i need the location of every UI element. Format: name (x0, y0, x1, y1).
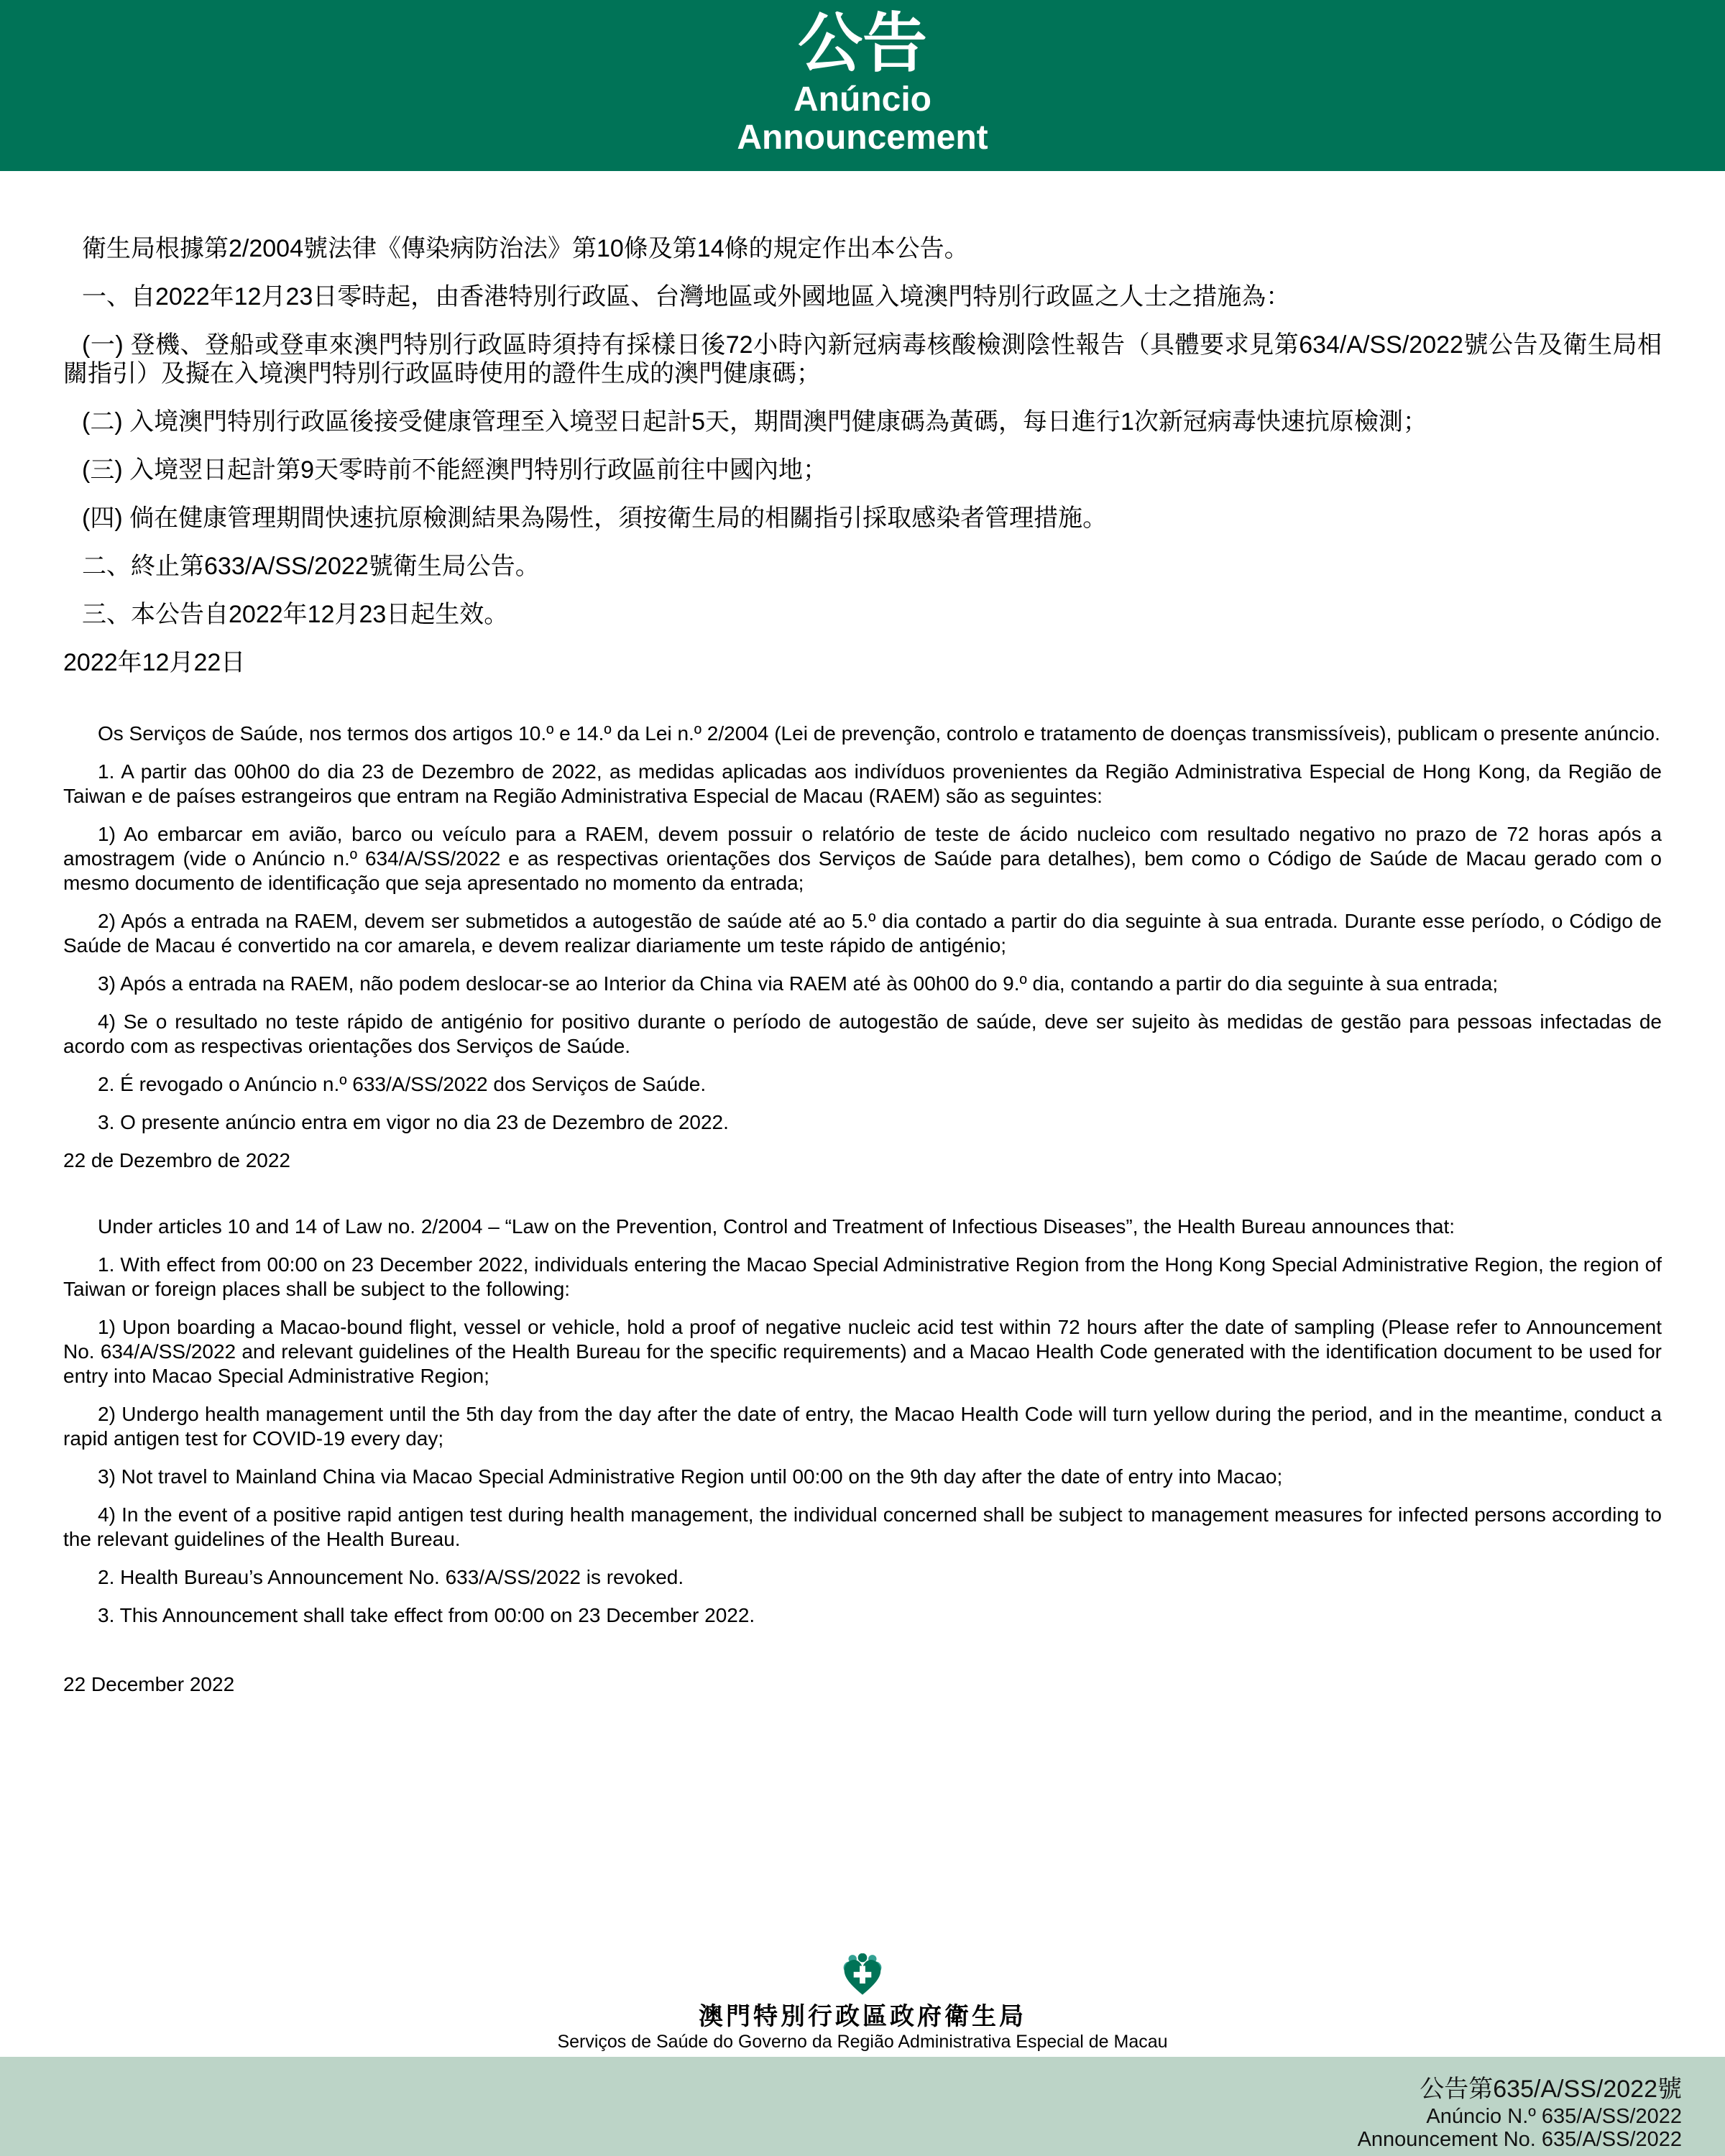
announcement-number-english: Announcement No. 635/A/SS/2022 (0, 2128, 1682, 2151)
paragraph: (二) 入境澳門特別行政區後接受健康管理至入境翌日起計5天，期間澳門健康碼為黃碼… (63, 407, 1662, 436)
paragraph: Under articles 10 and 14 of Law no. 2/20… (63, 1215, 1662, 1239)
paragraph: Os Serviços de Saúde, nos termos dos art… (63, 722, 1662, 746)
paragraph: (一) 登機、登船或登車來澳門特別行政區時須持有採樣日後72小時內新冠病毒核酸檢… (63, 331, 1662, 388)
page-title-chinese: 公告 (0, 0, 1725, 79)
section-english: Under articles 10 and 14 of Law no. 2/20… (63, 1215, 1662, 1697)
section-chinese: 衛生局根據第2/2004號法律《傳染病防治法》第10條及第14條的規定作出本公告… (63, 234, 1662, 677)
paragraph: 3) Not travel to Mainland China via Maca… (63, 1465, 1662, 1489)
health-bureau-heart-cross-logo-icon (840, 1953, 885, 1996)
org-signature-block: 澳門特別行政區政府衛生局 Serviços de Saúde do Govern… (0, 1953, 1725, 2052)
paragraph: 1. With effect from 00:00 on 23 December… (63, 1253, 1662, 1302)
paragraph: 3) Após a entrada na RAEM, não podem des… (63, 972, 1662, 996)
paragraph: 4) In the event of a positive rapid anti… (63, 1503, 1662, 1552)
english-paragraphs: Under articles 10 and 14 of Law no. 2/20… (63, 1215, 1662, 1628)
section-portuguese: Os Serviços de Saúde, nos termos dos art… (63, 722, 1662, 1173)
paragraph: 三、本公告自2022年12月23日起生效。 (63, 600, 1662, 629)
portuguese-date: 22 de Dezembro de 2022 (63, 1148, 1662, 1173)
portuguese-paragraphs: Os Serviços de Saúde, nos termos dos art… (63, 722, 1662, 1135)
announcement-number-chinese: 公告第635/A/SS/2022號 (0, 2076, 1682, 2103)
header-banner: 公告 Anúncio Announcement (0, 0, 1725, 171)
paragraph: 二、終止第633/A/SS/2022號衛生局公告。 (63, 552, 1662, 581)
paragraph: 衛生局根據第2/2004號法律《傳染病防治法》第10條及第14條的規定作出本公告… (63, 234, 1662, 263)
paragraph: 4) Se o resultado no teste rápido de ant… (63, 1010, 1662, 1059)
paragraph: 1. A partir das 00h00 do dia 23 de Dezem… (63, 760, 1662, 808)
paragraph: (三) 入境翌日起計第9天零時前不能經澳門特別行政區前往中國內地； (63, 456, 1662, 484)
footer-reference-band: 公告第635/A/SS/2022號 Anúncio N.º 635/A/SS/2… (0, 2057, 1725, 2156)
chinese-date: 2022年12月22日 (63, 648, 1662, 677)
announcement-number-portuguese: Anúncio N.º 635/A/SS/2022 (0, 2105, 1682, 2128)
english-date: 22 December 2022 (63, 1672, 1662, 1697)
paragraph: 2. Health Bureau’s Announcement No. 633/… (63, 1565, 1662, 1590)
paragraph: 2. É revogado o Anúncio n.º 633/A/SS/202… (63, 1072, 1662, 1097)
chinese-paragraphs: 衛生局根據第2/2004號法律《傳染病防治法》第10條及第14條的規定作出本公告… (63, 234, 1662, 629)
paragraph: (四) 倘在健康管理期間快速抗原檢測結果為陽性，須按衛生局的相關指引採取感染者管… (63, 504, 1662, 533)
paragraph: 3. O presente anúncio entra em vigor no … (63, 1110, 1662, 1135)
paragraph: 2) Undergo health management until the 5… (63, 1402, 1662, 1451)
paragraph: 1) Ao embarcar em avião, barco ou veícul… (63, 822, 1662, 895)
paragraph: 1) Upon boarding a Macao-bound flight, v… (63, 1315, 1662, 1388)
org-name-portuguese: Serviços de Saúde do Governo da Região A… (0, 2032, 1725, 2052)
org-name-chinese: 澳門特別行政區政府衛生局 (0, 2002, 1725, 2031)
document-body: 衛生局根據第2/2004號法律《傳染病防治法》第10條及第14條的規定作出本公告… (0, 171, 1725, 1697)
page-title-portuguese: Anúncio (0, 80, 1725, 119)
paragraph: 3. This Announcement shall take effect f… (63, 1603, 1662, 1628)
announcement-page: 公告 Anúncio Announcement 衛生局根據第2/2004號法律《… (0, 0, 1725, 2156)
paragraph: 一、自2022年12月23日零時起，由香港特別行政區、台灣地區或外國地區入境澳門… (63, 282, 1662, 311)
page-title-english: Announcement (0, 119, 1725, 157)
paragraph: 2) Após a entrada na RAEM, devem ser sub… (63, 909, 1662, 958)
